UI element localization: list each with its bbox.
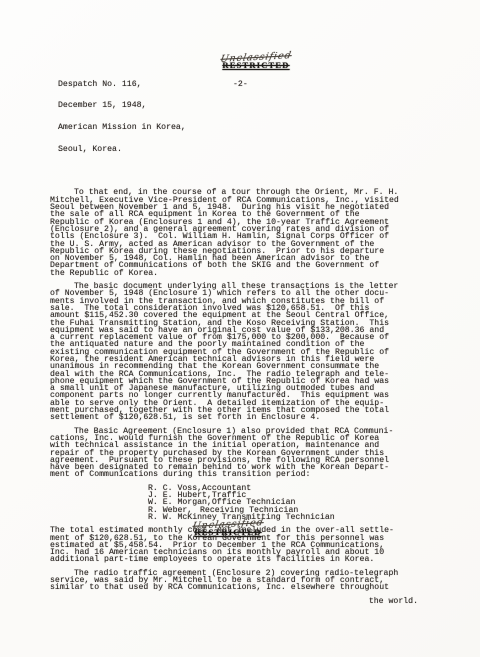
rca-personnel-list: R. C. Voss,Accountant J. E. Hubert,Traff… [148,485,428,521]
paragraph-tour-negotiations: To that end, in the course of a tour thr… [50,189,428,277]
despatch-mission-line: American Mission in Korea, [58,124,420,131]
paragraph-radio-traffic-agreement: The radio traffic agreement (Enclosure 2… [50,570,428,592]
paragraph-basic-agreement: The Basic Agreement (Enclosure 1) also p… [50,428,428,479]
classification-stamp-bottom: Unclassified RESTRICTED [168,521,288,537]
despatch-city-line: Seoul, Korea. [58,146,420,153]
despatch-header: Despatch No. 116, December 15, 1948, Ame… [58,66,420,175]
despatch-date-line: December 15, 1948, [58,102,420,109]
page-number: -2- [233,81,248,88]
trailing-text-line: the world. [50,598,428,605]
paragraph-basic-document: The basic document underlying all these … [50,283,428,422]
document-scan-page: Unclassified RESTRICTED Despatch No. 116… [0,0,480,657]
